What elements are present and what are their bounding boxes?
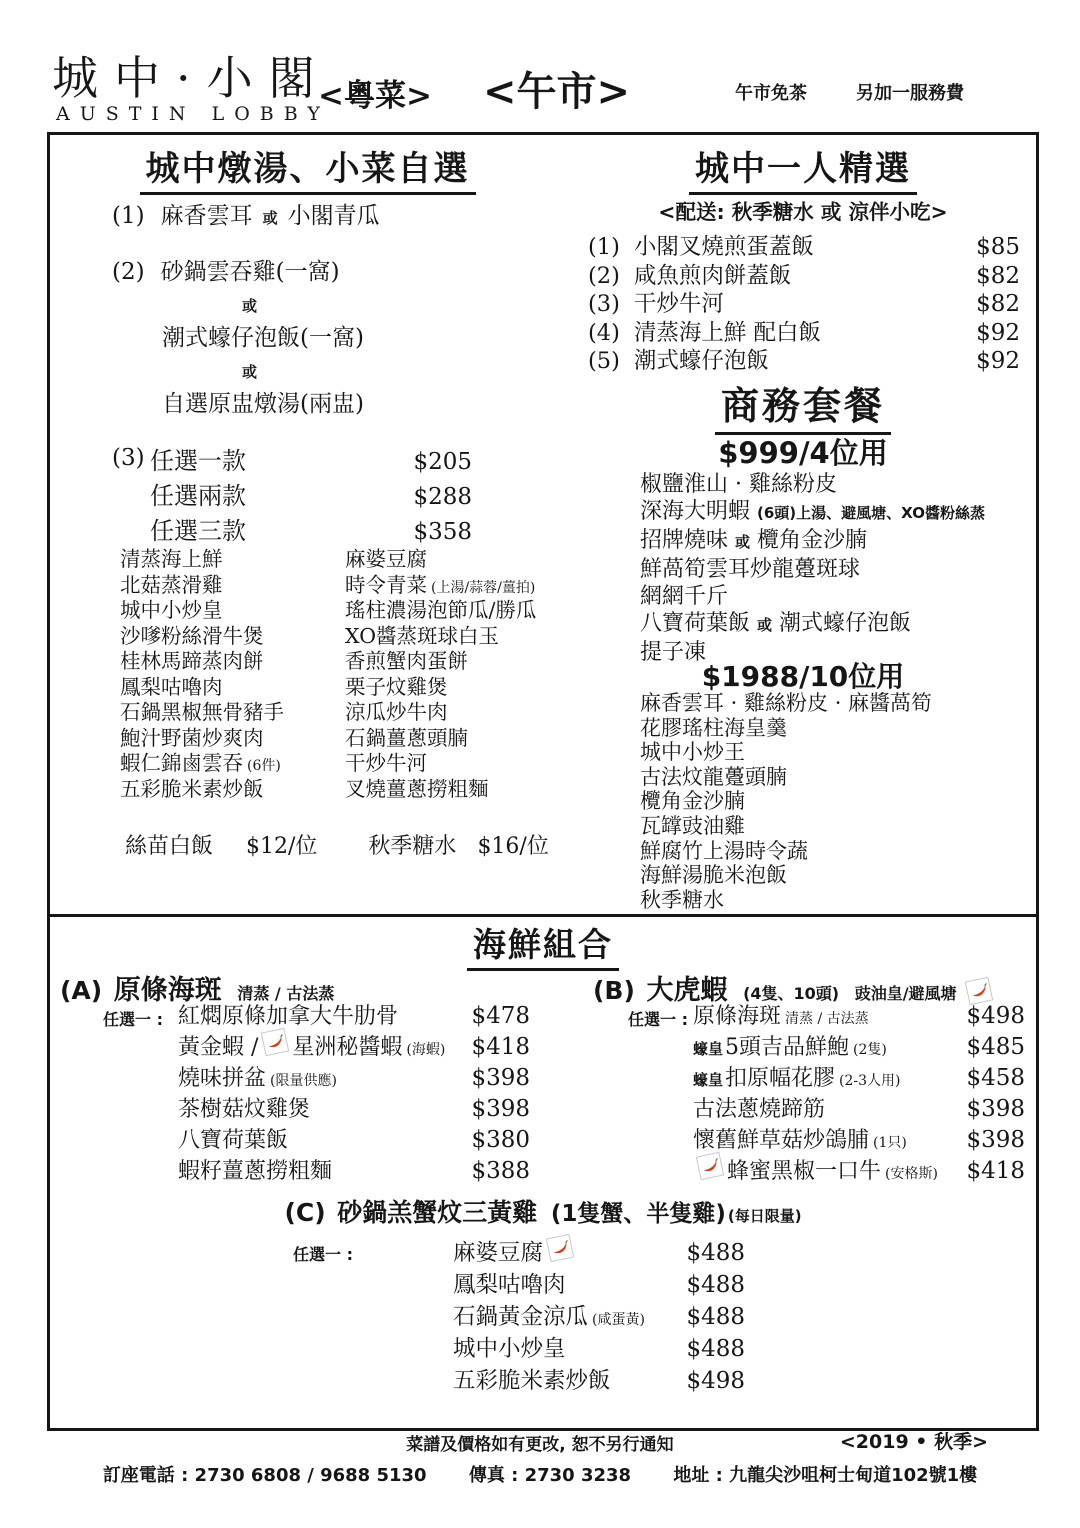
- rice-label: 絲苗白飯: [125, 834, 213, 859]
- dish-name: 蜂蜜黑椒一口牛: [727, 1154, 881, 1185]
- course-note: (6頭)上湯、避風塘、XO醬粉絲蒸: [757, 504, 985, 522]
- set-course-row: 八寶荷葉飯或潮式蠔仔泡飯: [640, 610, 992, 639]
- soup-section-title: 城中燉湯、小菜自選: [140, 141, 476, 195]
- course-name: 深海大明蝦: [640, 499, 750, 524]
- menu-item-row: 原條海斑 清蒸 / 古法蒸 $498: [693, 999, 1025, 1030]
- dish-row: 蝦仁錦鹵雲吞(6件): [120, 746, 345, 772]
- choose-count-label: 任選三款: [150, 511, 246, 546]
- solo-section-title: 城中一人精選: [689, 141, 917, 195]
- dish-row: 石鍋薑蔥頭腩: [345, 721, 565, 747]
- dish-name: 八寶荷葉飯: [178, 1123, 288, 1154]
- set-course-row: 網網千斤: [640, 583, 992, 610]
- choose-count-row: 任選三款 $358: [150, 511, 472, 546]
- menu-item-row: (1) 小閣叉燒煎蛋蓋飯 $85: [588, 229, 1020, 258]
- dish-list-left: 清蒸海上鮮 北菇蒸滑雞 城中小炒皇 沙嗲粉絲滑牛煲 桂林: [120, 542, 345, 797]
- season-tag: <2019 • 秋季>: [840, 1427, 988, 1454]
- item-number: (2): [588, 263, 620, 289]
- choose-count-price-list: 任選一款 $205 任選兩款 $288 任選三款 $358: [150, 441, 472, 546]
- dish-name: 小閣叉燒煎蛋蓋飯: [634, 229, 814, 261]
- course-name: 瓦罉豉油雞: [640, 814, 745, 838]
- chili-icon: [261, 1028, 289, 1056]
- price: $92: [976, 320, 1020, 346]
- dish-name: 古法蔥燒蹄筋: [693, 1092, 825, 1123]
- soup-option-2-line1: (2)砂鍋雲吞雞(一窩): [112, 253, 340, 286]
- price: $205: [413, 449, 472, 475]
- dish-prefix: 蠔皇: [693, 1069, 723, 1090]
- group-label: (B): [593, 976, 635, 1005]
- choose-one-label-a: 任選一 :: [103, 1007, 163, 1030]
- course-name-alt: 欖角金沙腩: [757, 528, 867, 553]
- dish-row: 桂林馬蹄蒸肉餅: [120, 644, 345, 670]
- dish-note: (咸蛋黃): [592, 1309, 645, 1329]
- or-label: 或: [242, 361, 257, 382]
- course-name: 鮮腐竹上湯時令蔬: [640, 839, 808, 863]
- restaurant-logo-chinese: 城中·小閣: [52, 42, 331, 108]
- set-course-row: 瓦罉豉油雞: [640, 814, 932, 839]
- menu-item-row: (4) 清蒸海上鮮 配白飯 $92: [588, 315, 1020, 344]
- dish-name: 蝦籽薑蔥撈粗麵: [178, 1154, 332, 1185]
- dish-name: 懷舊鮮草菇炒鴿脯: [693, 1123, 869, 1154]
- set-course-row: 麻香雲耳 · 雞絲粉皮 · 麻醬萵筍: [640, 691, 932, 716]
- set-course-row: 鮮腐竹上湯時令蔬: [640, 839, 932, 864]
- dish-row: 香煎蟹肉蛋餅: [345, 644, 565, 670]
- set-course-row: 椒鹽淮山 · 雞絲粉皮: [640, 471, 992, 498]
- dish-name: 扣原幅花膠: [725, 1061, 835, 1092]
- seafood-group-c-items: 麻婆豆腐 $488 鳳梨咕嚕肉 $488 石鍋黃金涼瓜 (咸蛋黃) $: [453, 1235, 745, 1395]
- cuisine-tag: <粵菜>: [318, 70, 432, 115]
- chili-icon: [696, 1152, 724, 1180]
- course-name: 八寶荷葉飯: [640, 611, 750, 636]
- solo-section-subtitle: <配送: 秋季糖水 或 涼伴小吃>: [578, 195, 1028, 225]
- dish-row: 北菇蒸滑雞: [120, 568, 345, 594]
- price: $398: [471, 1096, 530, 1122]
- price: $458: [966, 1065, 1025, 1091]
- dish-name: 潮式蠔仔泡飯: [634, 343, 769, 375]
- or-label: 或: [242, 295, 257, 316]
- section-title-wrap: 海鮮組合: [50, 919, 1036, 971]
- option-number-3: (3): [112, 445, 145, 471]
- menu-item-row: 蜂蜜黑椒一口牛 (安格斯) $418: [693, 1154, 1025, 1185]
- set-course-row: 秋季糖水: [640, 888, 932, 913]
- dish-name-2: 星洲秘醬蝦: [292, 1030, 402, 1061]
- dish-note: (2-3人用): [839, 1070, 900, 1090]
- chili-icon: [546, 1234, 574, 1262]
- menu-page: 城中·小閣 AUSTIN LOBBY <粵菜> <午市> 午市免茶 另加一服務費…: [0, 0, 1080, 1528]
- group-name: 砂鍋羔蟹炆三黃雞: [337, 1198, 537, 1227]
- dish-name: 麻婆豆腐: [453, 1235, 543, 1267]
- menu-item-row: 燒味拼盆 (限量供應) $398: [178, 1061, 530, 1092]
- dish-row: 涼瓜炒牛肉: [345, 695, 565, 721]
- business-set1-items: 椒鹽淮山 · 雞絲粉皮 深海大明蝦(6頭)上湯、避風塘、XO醬粉絲蒸 招牌燒味或…: [640, 471, 992, 666]
- option-number: (2): [112, 259, 145, 285]
- dish-name: 燒味拼盆: [178, 1061, 266, 1092]
- fax-number: 傳真 : 2730 3238: [469, 1465, 631, 1486]
- solo-item-list: (1) 小閣叉燒煎蛋蓋飯 $85 (2) 咸魚煎肉餅蓋飯 $82 (3) 干炒牛…: [588, 229, 1020, 372]
- set-course-row: 城中小炒王: [640, 740, 932, 765]
- set-course-row: 古法炆龍躉頭腩: [640, 765, 932, 790]
- soup-option-2-line3: 自選原盅燉湯(兩盅): [162, 385, 364, 418]
- dish-name: 小閣青瓜: [288, 203, 380, 229]
- price: $478: [471, 1003, 530, 1029]
- dish-row: 城中小炒皇: [120, 593, 345, 619]
- menu-item-row: (5) 潮式蠔仔泡飯 $92: [588, 343, 1020, 372]
- menu-item-row: 麻婆豆腐 $488: [453, 1235, 745, 1267]
- section-title-wrap: 商務套餐: [578, 375, 1028, 435]
- business-section-title: 商務套餐: [715, 375, 891, 435]
- price: $398: [966, 1096, 1025, 1122]
- item-number: (1): [588, 234, 620, 260]
- dish-row: 鳳梨咕嚕肉: [120, 670, 345, 696]
- price: $82: [976, 291, 1020, 317]
- course-note: 或: [735, 533, 750, 551]
- course-name: 鮮萵筍雲耳炒龍躉斑球: [640, 557, 860, 582]
- dish-name: 城中小炒皇: [453, 1331, 566, 1363]
- dish-note: (1只): [873, 1132, 907, 1152]
- dish-row: 時令青菜(上湯/蒜蓉/薑拍): [345, 568, 565, 594]
- choose-count-row: 任選一款 $205: [150, 441, 472, 476]
- restaurant-logo-english: AUSTIN LOBBY: [56, 103, 330, 125]
- course-name: 古法炆龍躉頭腩: [640, 765, 787, 789]
- menu-item-row: 黃金蝦 / 星洲秘醬蝦 (海蝦) $418: [178, 1030, 530, 1061]
- dish-name: 咸魚煎肉餅蓋飯: [634, 258, 792, 290]
- dish-name: 干炒牛河: [634, 286, 724, 318]
- choose-count-row: 任選兩款 $288: [150, 476, 472, 511]
- group-limit-note: (每日限量): [728, 1207, 802, 1225]
- or-label: 或: [263, 209, 278, 227]
- price: $82: [976, 263, 1020, 289]
- course-name: 椒鹽淮山 · 雞絲粉皮: [640, 472, 837, 497]
- menu-item-row: 蠔皇 5頭吉品鮮鮑 (2隻) $485: [693, 1030, 1025, 1061]
- menu-item-row: 城中小炒皇 $488: [453, 1331, 745, 1363]
- course-name: 城中小炒王: [640, 740, 745, 764]
- choose-one-label-b: 任選一 :: [628, 1007, 688, 1030]
- seafood-group-c-header: (C) 砂鍋羔蟹炆三黃雞 (1隻蟹、半隻雞)(每日限量): [50, 1193, 1036, 1229]
- menu-item-row: 蠔皇 扣原幅花膠 (2-3人用) $458: [693, 1061, 1025, 1092]
- menu-item-row: 紅燜原條加拿大牛肋骨 $478: [178, 999, 530, 1030]
- item-number: (3): [588, 291, 620, 317]
- dish-name: 紅燜原條加拿大牛肋骨: [178, 999, 398, 1030]
- price: $488: [686, 1336, 745, 1362]
- service-charge-note: 另加一服務費: [856, 79, 964, 105]
- dish-note: (安格斯): [885, 1163, 938, 1183]
- price: $398: [966, 1127, 1025, 1153]
- free-tea-note: 午市免茶: [735, 79, 807, 105]
- dessert-price: $16/位: [477, 834, 548, 859]
- address: 地址 : 九龍尖沙咀柯士甸道102號1樓: [673, 1465, 977, 1486]
- seafood-group-b-items: 原條海斑 清蒸 / 古法蒸 $498 蠔皇 5頭吉品鮮鮑 (2隻) $485 蠔…: [693, 999, 1025, 1185]
- section-title-wrap: 城中一人精選: [578, 141, 1028, 195]
- business-set1-price: $999/4位用: [578, 431, 1028, 472]
- set-course-row: 欖角金沙腩: [640, 789, 932, 814]
- dish-name: 砂鍋雲吞雞(一窩): [161, 259, 340, 285]
- dish-name: 黃金蝦 /: [178, 1030, 258, 1061]
- dish-name: 清蒸海上鮮 配白飯: [634, 315, 821, 347]
- choose-count-label: 任選一款: [150, 441, 246, 476]
- business-set2-items: 麻香雲耳 · 雞絲粉皮 · 麻醬萵筍 花膠瑤柱海皇羹 城中小炒王 古法炆龍躉頭腩: [640, 691, 932, 912]
- dish-list-right: 麻婆豆腐 時令青菜(上湯/蒜蓉/薑拍) 瑤柱濃湯泡節瓜/勝瓜 XO醬蒸斑球白玉: [345, 542, 565, 797]
- menu-item-row: 八寶荷葉飯 $380: [178, 1123, 530, 1154]
- course-name: 招牌燒味: [640, 528, 728, 553]
- group-note: (1隻蟹、半隻雞): [551, 1201, 726, 1227]
- dish-row: 沙嗲粉絲滑牛煲: [120, 619, 345, 645]
- price: $388: [471, 1158, 530, 1184]
- section-divider-line: [50, 914, 1036, 917]
- set-course-row: 深海大明蝦(6頭)上湯、避風塘、XO醬粉絲蒸: [640, 498, 992, 527]
- section-title-wrap: 城中燉湯、小菜自選: [50, 141, 565, 195]
- course-name: 秋季糖水: [640, 888, 724, 912]
- price: $398: [471, 1065, 530, 1091]
- dish-name: 茶樹菇炆雞煲: [178, 1092, 310, 1123]
- set-course-row: 海鮮湯脆米泡飯: [640, 863, 932, 888]
- price: $488: [686, 1272, 745, 1298]
- group-label: (C): [284, 1198, 325, 1227]
- dish-name: 麻香雲耳: [161, 203, 253, 229]
- dish-name: 原條海斑: [693, 999, 781, 1030]
- option-number: (1): [112, 203, 145, 229]
- choose-one-label-c: 任選一 :: [293, 1242, 353, 1265]
- course-name: 網網千斤: [640, 584, 728, 609]
- price: $92: [976, 348, 1020, 374]
- dish-row: 鮑汁野菌炒爽肉: [120, 721, 345, 747]
- price: $85: [976, 234, 1020, 260]
- menu-item-row: 茶樹菇炆雞煲 $398: [178, 1092, 530, 1123]
- price: $418: [966, 1158, 1025, 1184]
- dish-row: 瑤柱濃湯泡節瓜/勝瓜: [345, 593, 565, 619]
- course-note: 或: [757, 616, 772, 634]
- dish-note: (2隻): [853, 1039, 887, 1059]
- session-tag: <午市>: [483, 60, 630, 117]
- rice-price: $12/位: [246, 834, 317, 859]
- price: $488: [686, 1240, 745, 1266]
- dish-row: 五彩脆米素炒飯: [120, 772, 345, 798]
- menu-item-row: 蝦籽薑蔥撈粗麵 $388: [178, 1154, 530, 1185]
- set-course-row: 花膠瑤柱海皇羹: [640, 716, 932, 741]
- price: $380: [471, 1127, 530, 1153]
- menu-item-row: (2) 咸魚煎肉餅蓋飯 $82: [588, 258, 1020, 287]
- course-name: 花膠瑤柱海皇羹: [640, 716, 787, 740]
- menu-item-row: 五彩脆米素炒飯 $498: [453, 1363, 745, 1395]
- course-name: 海鮮湯脆米泡飯: [640, 863, 787, 887]
- dish-name: 鳳梨咕嚕肉: [453, 1267, 566, 1299]
- menu-item-row: 古法蔥燒蹄筋 $398: [693, 1092, 1025, 1123]
- dessert-label: 秋季糖水: [368, 834, 456, 859]
- dish-note: (海蝦): [406, 1039, 445, 1059]
- dish-row: 麻婆豆腐: [345, 542, 565, 568]
- set-course-row: 鮮萵筍雲耳炒龍躉斑球: [640, 556, 992, 583]
- item-number: (5): [588, 348, 620, 374]
- dish-name: 叉燒薑蔥撈粗麵: [345, 777, 489, 801]
- price: $288: [413, 484, 472, 510]
- set-course-row: 招牌燒味或欖角金沙腩: [640, 527, 992, 556]
- course-name: 麻香雲耳 · 雞絲粉皮 · 麻醬萵筍: [640, 691, 932, 715]
- phone-number: 訂座電話 : 2730 6808 / 9688 5130: [103, 1465, 427, 1486]
- menu-item-row: 懷舊鮮草菇炒鴿脯 (1只) $398: [693, 1123, 1025, 1154]
- price: $485: [966, 1034, 1025, 1060]
- section-solo-and-business: 城中一人精選 <配送: 秋季糖水 或 涼伴小吃> (1) 小閣叉燒煎蛋蓋飯 $8…: [578, 135, 1028, 914]
- dish-prefix: 蠔皇: [693, 1038, 723, 1059]
- soup-option-2-line2: 潮式蠔仔泡飯(一窩): [162, 319, 364, 352]
- dish-row: 栗子炆雞煲: [345, 670, 565, 696]
- dish-row: XO醬蒸斑球白玉: [345, 619, 565, 645]
- menu-item-row: 石鍋黃金涼瓜 (咸蛋黃) $488: [453, 1299, 745, 1331]
- dish-row: 叉燒薑蔥撈粗麵: [345, 772, 565, 798]
- course-name-alt: 潮式蠔仔泡飯: [779, 611, 911, 636]
- dish-name: 石鍋黃金涼瓜: [453, 1299, 588, 1331]
- dish-row: 清蒸海上鮮: [120, 542, 345, 568]
- menu-item-row: 鳳梨咕嚕肉 $488: [453, 1267, 745, 1299]
- price: $488: [686, 1304, 745, 1330]
- seafood-section-title: 海鮮組合: [467, 919, 619, 971]
- dish-row: 石鍋黑椒無骨豬手: [120, 695, 345, 721]
- choose-count-label: 任選兩款: [150, 476, 246, 511]
- rice-dessert-price-row: 絲苗白飯 $12/位 秋季糖水 $16/位: [125, 829, 549, 860]
- soup-option-1: (1)麻香雲耳或小閣青瓜: [112, 197, 380, 230]
- item-number: (4): [588, 320, 620, 346]
- dish-note: (限量供應): [270, 1070, 337, 1090]
- menu-item-row: (3) 干炒牛河 $82: [588, 286, 1020, 315]
- dish-name: 五彩脆米素炒飯: [120, 777, 264, 801]
- section-soup-small-dishes: 城中燉湯、小菜自選 (1)麻香雲耳或小閣青瓜 (2)砂鍋雲吞雞(一窩) 或 潮式…: [50, 135, 565, 914]
- dish-name: 5頭吉品鮮鮑: [725, 1030, 849, 1061]
- business-set2-price: $1988/10位用: [578, 655, 1028, 695]
- price: $498: [966, 1003, 1025, 1029]
- group-label: (A): [60, 976, 102, 1005]
- menu-border-box: 城中燉湯、小菜自選 (1)麻香雲耳或小閣青瓜 (2)砂鍋雲吞雞(一窩) 或 潮式…: [47, 132, 1039, 1431]
- dish-name: 五彩脆米素炒飯: [453, 1363, 611, 1395]
- price: $498: [686, 1368, 745, 1394]
- contact-line: 訂座電話 : 2730 6808 / 9688 5130 傳真 : 2730 3…: [0, 1461, 1080, 1487]
- seafood-group-a-items: 紅燜原條加拿大牛肋骨 $478 黃金蝦 / 星洲秘醬蝦 (海蝦) $418 燒味…: [178, 999, 530, 1185]
- course-name: 欖角金沙腩: [640, 789, 745, 813]
- dish-note: 清蒸 / 古法蒸: [785, 1008, 869, 1028]
- price: $418: [471, 1034, 530, 1060]
